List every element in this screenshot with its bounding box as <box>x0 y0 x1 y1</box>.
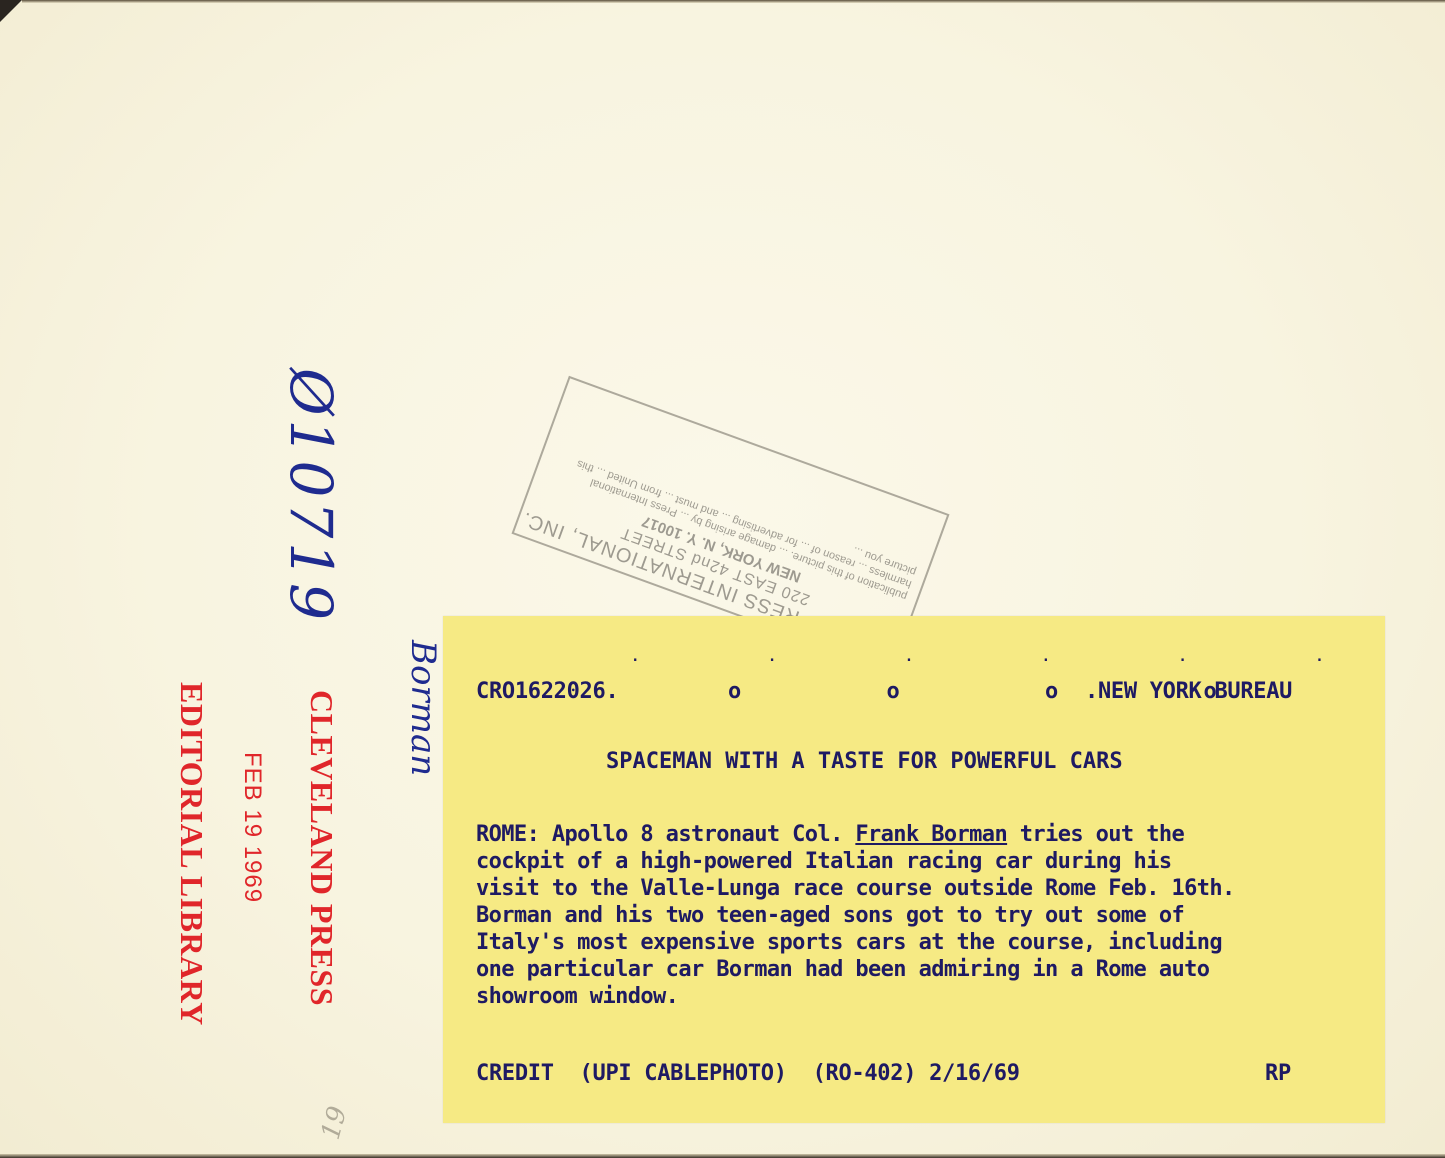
handwritten-subject-name: Borman <box>403 640 443 776</box>
stamp-cleveland-press: CLEVELAND PRESS <box>303 690 340 1006</box>
caption-headline: SPACEMAN WITH A TASTE FOR POWERFUL CARS <box>606 749 1123 774</box>
sheet-bottom-edge <box>0 1154 1445 1158</box>
operator-initials: RP <box>1265 1061 1291 1086</box>
caption-subject-name: Frank Borman <box>855 822 1007 847</box>
bureau-label: .NEW YORK BUREAU <box>1085 679 1292 704</box>
stamp-editorial-library: EDITORIAL LIBRARY <box>173 682 210 1026</box>
photo-credit: CREDIT (UPI CABLEPHOTO) (RO-402) 2/16/69 <box>476 1061 1020 1086</box>
handwritten-file-number: Ø10719 <box>277 368 345 624</box>
reference-code: CRO1622026. <box>476 679 618 704</box>
caption-body: ROME: Apollo 8 astronaut Col. Frank Borm… <box>476 821 1235 1010</box>
caption-body-rest: tries out the cockpit of a high-powered … <box>476 822 1235 1009</box>
sheet-top-edge <box>22 0 1445 3</box>
caption-slip: . . . . . . CRO1622026. o o o o .NEW YOR… <box>443 616 1385 1123</box>
caption-intro: ROME: Apollo 8 astronaut Col. <box>476 822 855 847</box>
stamp-received-date: FEB 19 1969 <box>238 752 266 903</box>
perforation-dots: . . . . . . <box>631 649 1384 665</box>
